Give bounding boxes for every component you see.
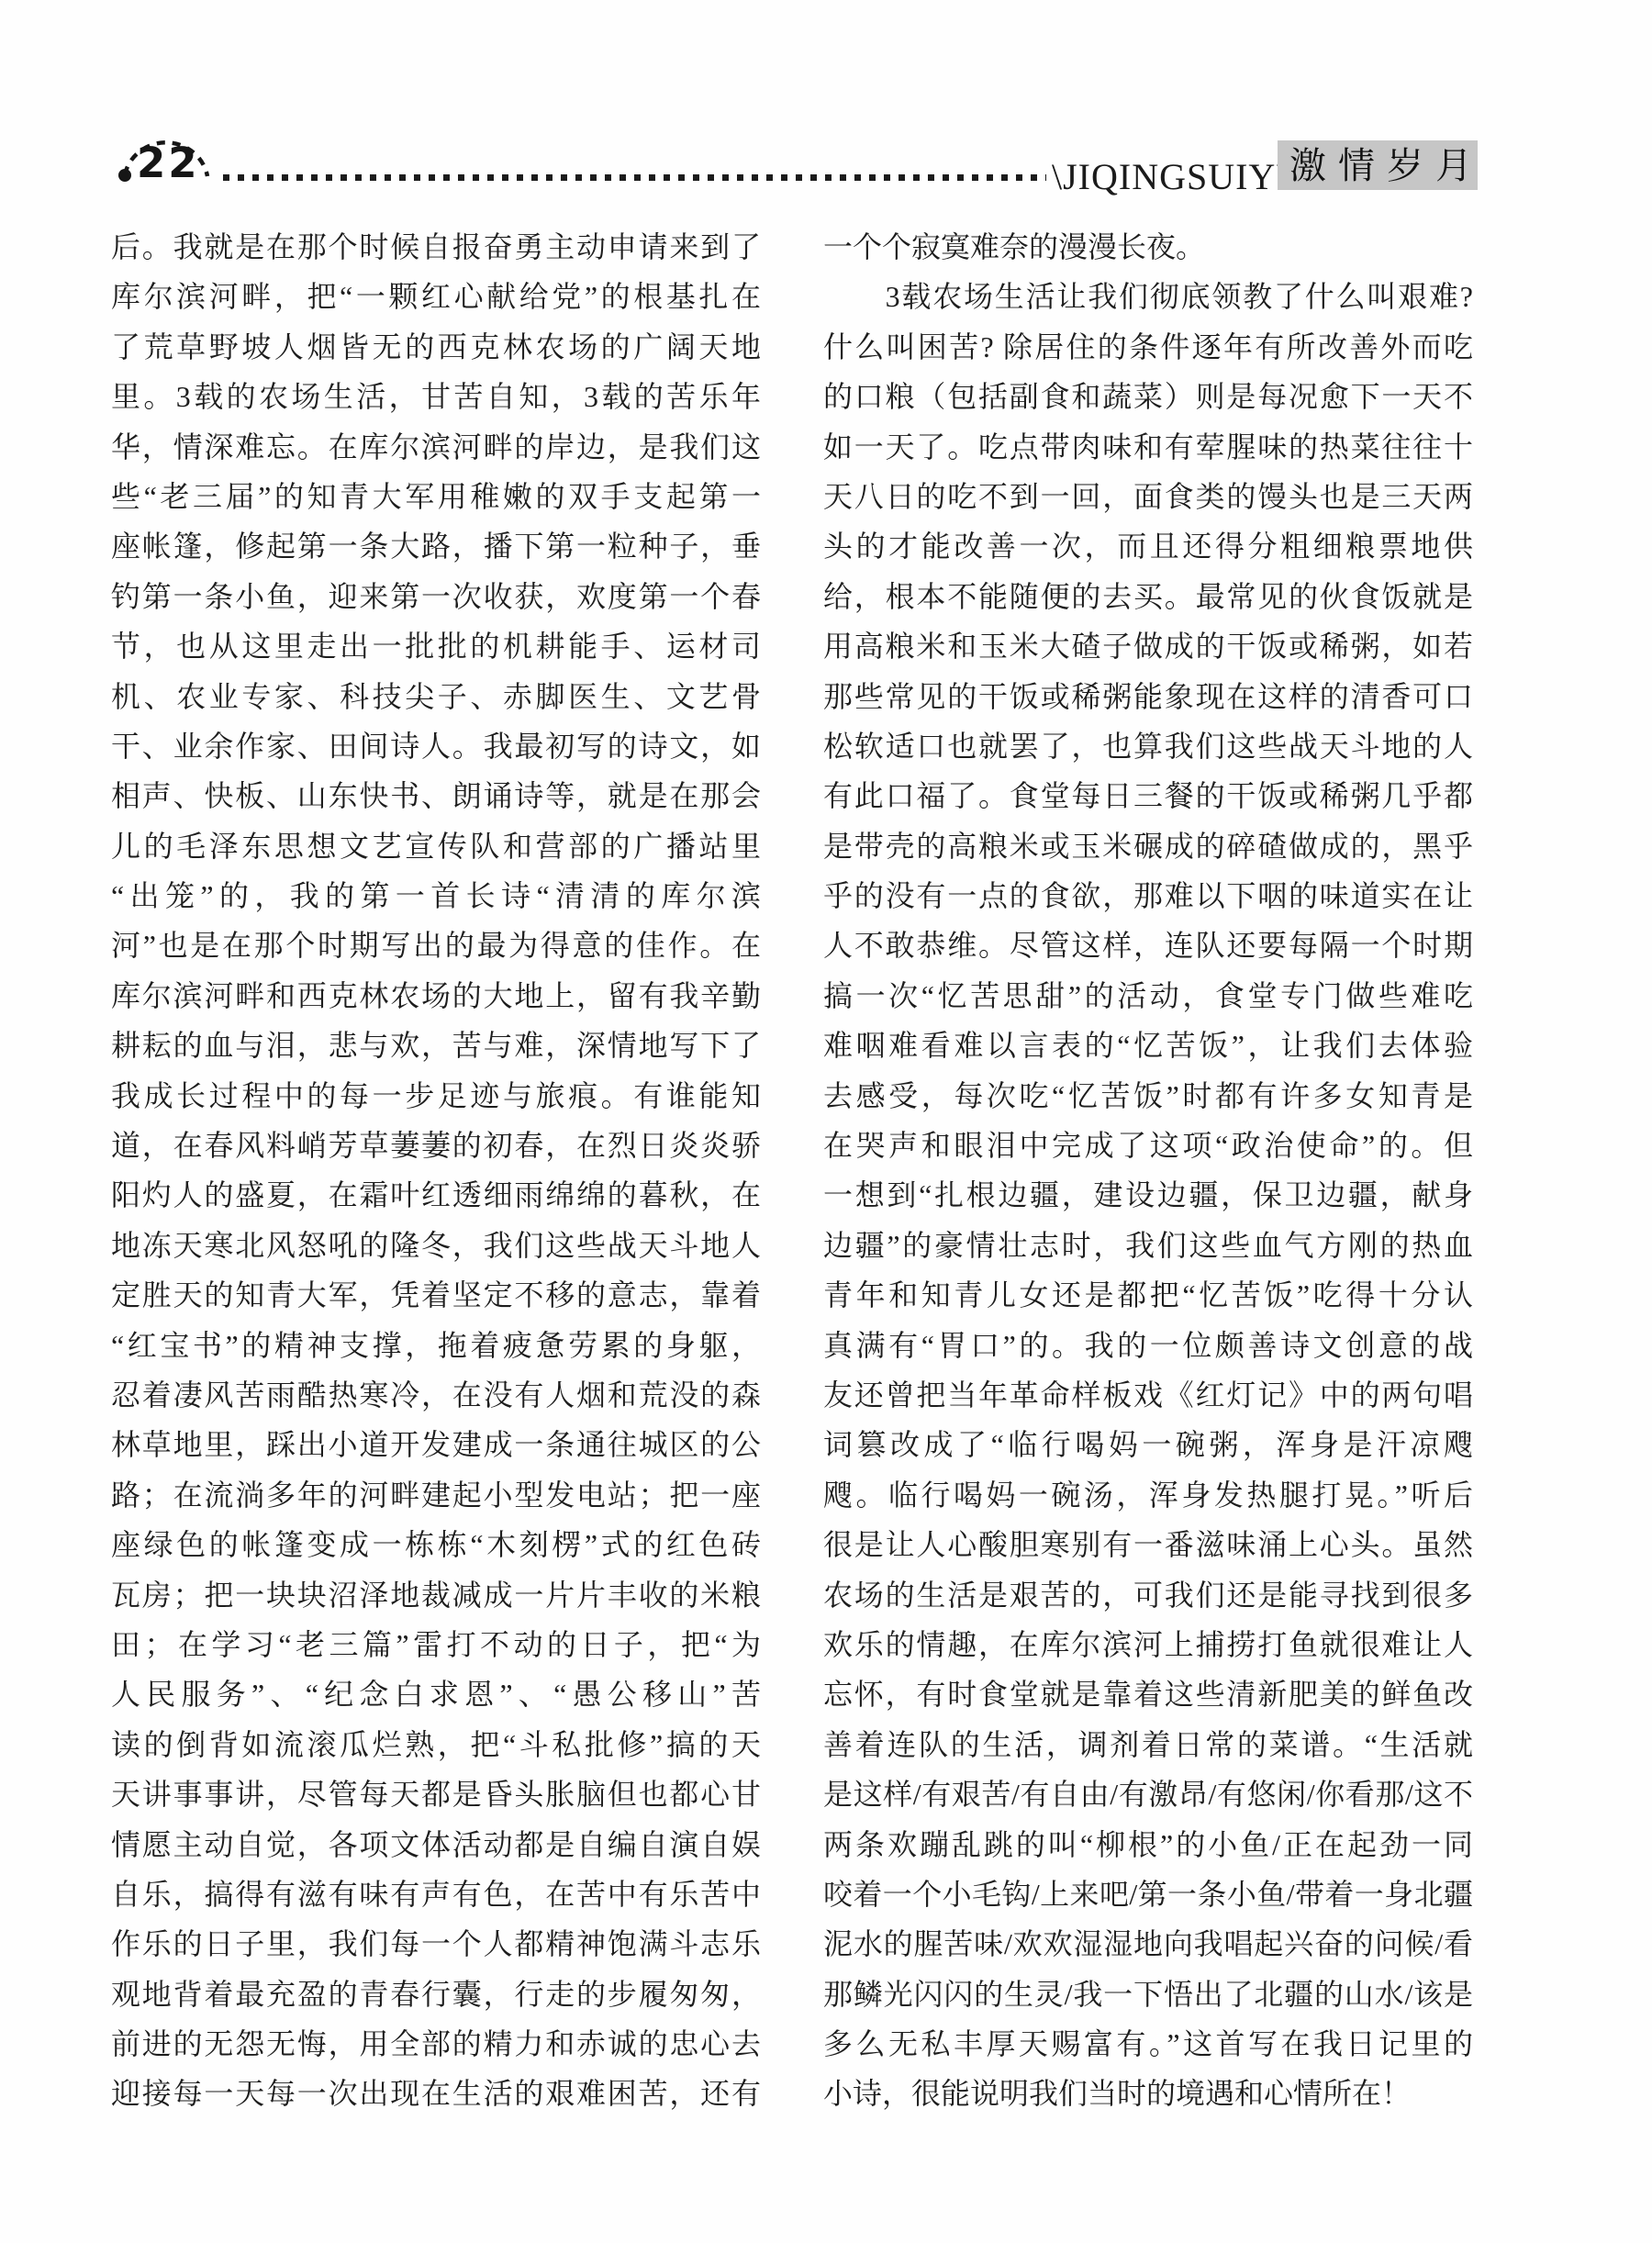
text-line: 是这样/有艰苦/有自由/有激昂/有悠闲/你看那/这不 [823, 1769, 1473, 1819]
text-line: 有此口福了。食堂每日三餐的干饭或稀粥几乎都 [823, 771, 1473, 820]
masthead-title: 激情岁月 [1278, 140, 1478, 190]
text-line: 节，也从这里走出一批批的机耕能手、运材司 [111, 621, 761, 671]
text-line: 两条欢蹦乱跳的叫“柳根”的小鱼/正在起劲一同 [823, 1820, 1473, 1869]
text-line: 真满有“胃口”的。我的一位颇善诗文创意的战 [823, 1321, 1473, 1370]
text-line: 田；在学习“老三篇”雷打不动的日子，把“为 [111, 1620, 761, 1669]
page-number: 22 [137, 139, 200, 187]
text-line: 库尔滨河畔和西克林农场的大地上，留有我辛勤 [111, 971, 761, 1021]
text-line: 友还曾把当年革命样板戏《红灯记》中的两句唱 [823, 1370, 1473, 1420]
text-line: 座帐篷，修起第一条大路，播下第一粒种子，垂 [111, 521, 761, 571]
text-line: 情愿主动自觉，各项文体活动都是自编自演自娱 [111, 1820, 761, 1869]
text-line: 用高粮米和玉米大碴子做成的干饭或稀粥，如若 [823, 621, 1473, 671]
text-line: “红宝书”的精神支撑，拖着疲惫劳累的身躯， [111, 1321, 761, 1370]
text-line: 人不敢恭维。尽管这样，连队还要每隔一个时期 [823, 921, 1473, 970]
text-line: 是带壳的高粮米或玉米碾成的碎碴做成的，黑乎 [823, 821, 1473, 871]
text-line: 自乐，搞得有滋有味有声有色，在苦中有乐苦中 [111, 1869, 761, 1919]
text-line: 多么无私丰厚天赐富有。”这首写在我日记里的 [823, 2019, 1473, 2069]
text-line: 很是让人心酸胆寒别有一番滋味涌上心头。虽然 [823, 1520, 1473, 1569]
text-line: 里。3载的农场生活，甘苦自知，3载的苦乐年 [111, 372, 761, 421]
text-line: 泥水的腥苦味/欢欢湿湿地向我唱起兴奋的问候/看 [823, 1919, 1473, 1969]
text-line: 作乐的日子里，我们每一个人都精神饱满斗志乐 [111, 1919, 761, 1969]
text-line: 路；在流淌多年的河畔建起小型发电站；把一座 [111, 1470, 761, 1520]
text-line: 一个个寂寞难奈的漫漫长夜。 [823, 222, 1473, 272]
text-line: 定胜天的知青大军，凭着坚定不移的意志，靠着 [111, 1270, 761, 1320]
text-line: 迎接每一天每一次出现在生活的艰难困苦，还有 [111, 2069, 761, 2118]
text-line: 了荒草野坡人烟皆无的西克林农场的广阔天地 [111, 322, 761, 372]
text-line: 天讲事事讲，尽管每天都是昏头胀脑但也都心甘 [111, 1769, 761, 1819]
text-line: 那鳞光闪闪的生灵/我一下悟出了北疆的山水/该是 [823, 1970, 1473, 2019]
text-line: 观地背着最充盈的青春行囊，行走的步履匆匆， [111, 1970, 761, 2019]
text-line: 前进的无怨无悔，用全部的精力和赤诚的忠心去 [111, 2019, 761, 2069]
text-line: 如一天了。吃点带肉味和有荤腥味的热菜往往十 [823, 422, 1473, 472]
text-line: 地冻天寒北风怒吼的隆冬，我们这些战天斗地人 [111, 1221, 761, 1270]
text-line: 去感受，每次吃“忆苦饭”时都有许多女知青是 [823, 1071, 1473, 1121]
text-line: 机、农业专家、科技尖子、赤脚医生、文艺骨 [111, 672, 761, 721]
text-line: 乎的没有一点的食欲，那难以下咽的味道实在让 [823, 871, 1473, 921]
text-line: 难咽难看难以言表的“忆苦饭”，让我们去体验 [823, 1021, 1473, 1070]
text-line: 给，根本不能随便的去买。最常见的伙食饭就是 [823, 572, 1473, 621]
left-column: 后。我就是在那个时候自报奋勇主动申请来到了库尔滨河畔，把“一颗红心献给党”的根基… [111, 222, 761, 2119]
text-line: 那些常见的干饭或稀粥能象现在这样的清香可口 [823, 672, 1473, 721]
text-line: 农场的生活是艰苦的，可我们还是能寻找到很多 [823, 1570, 1473, 1620]
text-line: 河”也是在那个时期写出的最为得意的佳作。在 [111, 921, 761, 970]
text-line: 耕耘的血与泪，悲与欢，苦与难，深情地写下了 [111, 1021, 761, 1070]
dotted-leader-line [223, 174, 1046, 181]
text-line: 一想到“扎根边疆，建设边疆，保卫边疆，献身 [823, 1170, 1473, 1220]
text-line: 儿的毛泽东思想文艺宣传队和营部的广播站里 [111, 821, 761, 871]
text-line: “出笼”的，我的第一首长诗“清清的库尔滨 [111, 871, 761, 921]
text-line: 欢乐的情趣，在库尔滨河上捕捞打鱼就很难让人 [823, 1620, 1473, 1669]
text-line: 库尔滨河畔，把“一颗红心献给党”的根基扎在 [111, 272, 761, 321]
text-line: 边疆”的豪情壮志时，我们这些血气方刚的热血 [823, 1221, 1473, 1270]
text-line: 我成长过程中的每一步足迹与旅痕。有谁能知 [111, 1071, 761, 1121]
text-line: 搞一次“忆苦思甜”的活动，食堂专门做些难吃 [823, 971, 1473, 1021]
text-line: 读的倒背如流滚瓜烂熟，把“斗私批修”搞的天 [111, 1720, 761, 1769]
text-line: 华，情深难忘。在库尔滨河畔的岸边，是我们这 [111, 422, 761, 472]
text-line: 飕。临行喝妈一碗汤，浑身发热腿打晃。”听后 [823, 1470, 1473, 1520]
text-line: 3载农场生活让我们彻底领教了什么叫艰难? [823, 272, 1473, 321]
text-line: 善着连队的生活，调剂着日常的菜谱。“生活就 [823, 1720, 1473, 1769]
text-line: 青年和知青儿女还是都把“忆苦饭”吃得十分认 [823, 1270, 1473, 1320]
text-line: 些“老三届”的知青大军用稚嫩的双手支起第一 [111, 472, 761, 521]
text-line: 相声、快板、山东快书、朗诵诗等，就是在那会 [111, 771, 761, 820]
text-line: 天八日的吃不到一回，面食类的馒头也是三天两 [823, 472, 1473, 521]
text-line: 头的才能改善一次，而且还得分粗细粮票地供 [823, 521, 1473, 571]
text-line: 林草地里，踩出小道开发建成一条通往城区的公 [111, 1420, 761, 1469]
text-line: 后。我就是在那个时候自报奋勇主动申请来到了 [111, 222, 761, 272]
text-line: 干、业余作家、田间诗人。我最初写的诗文，如 [111, 721, 761, 771]
text-line: 在哭声和眼泪中完成了这项“政治使命”的。但 [823, 1121, 1473, 1170]
text-line: 小诗，很能说明我们当时的境遇和心情所在！ [823, 2069, 1473, 2118]
text-line: 咬着一个小毛钩/上来吧/第一条小鱼/带着一身北疆 [823, 1869, 1473, 1919]
text-line: 瓦房；把一块块沼泽地裁减成一片片丰收的米粮 [111, 1570, 761, 1620]
text-line: 人民服务”、“纪念白求恩”、“愚公移山”苦 [111, 1669, 761, 1719]
magazine-page: { "page": { "number": "22", "masthead_pi… [0, 0, 1652, 2243]
text-line: 什么叫困苦? 除居住的条件逐年有所改善外而吃 [823, 322, 1473, 372]
text-line: 钓第一条小鱼，迎来第一次收获，欢度第一个春 [111, 572, 761, 621]
text-line: 松软适口也就罢了，也算我们这些战天斗地的人 [823, 721, 1473, 771]
text-line: 道，在春风料峭芳草萋萋的初春，在烈日炎炎骄 [111, 1121, 761, 1170]
text-line: 座绿色的帐篷变成一栋栋“木刻楞”式的红色砖 [111, 1520, 761, 1569]
text-line: 词篡改成了“临行喝妈一碗粥，浑身是汗凉飕 [823, 1420, 1473, 1469]
text-line: 忘怀，有时食堂就是靠着这些清新肥美的鲜鱼改 [823, 1669, 1473, 1719]
text-line: 忍着凄风苦雨酷热寒冷，在没有人烟和荒没的森 [111, 1370, 761, 1420]
text-line: 的口粮（包括副食和蔬菜）则是每况愈下一天不 [823, 372, 1473, 421]
text-line: 阳灼人的盛夏，在霜叶红透细雨绵绵的暮秋，在 [111, 1170, 761, 1220]
right-column: 一个个寂寞难奈的漫漫长夜。 3载农场生活让我们彻底领教了什么叫艰难?什么叫困苦?… [823, 222, 1473, 2119]
